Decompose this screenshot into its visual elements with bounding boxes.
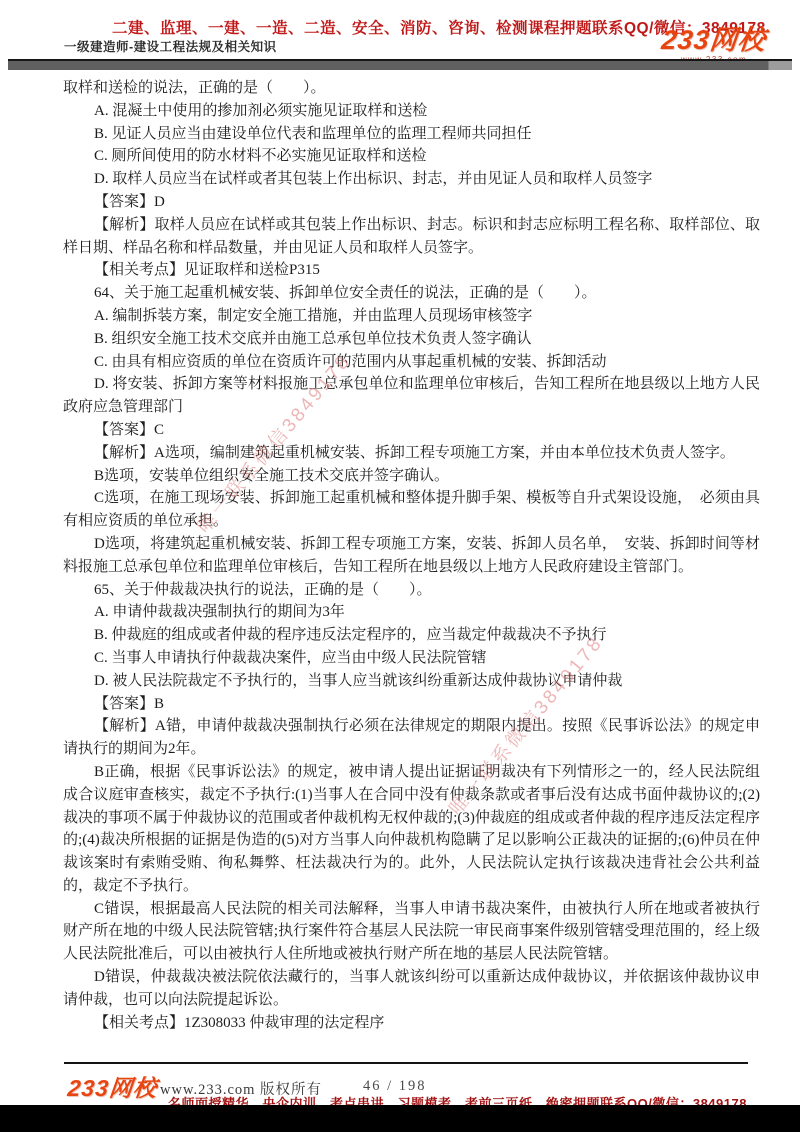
paragraph: C. 当事人申请执行仲裁裁决案件，应当由中级人民法院管辖 xyxy=(63,647,760,670)
paragraph: B. 组织安全施工技术交底并由施工总承包单位技术负责人签字确认 xyxy=(63,328,760,351)
paragraph: 【相关考点】见证取样和送检P315 xyxy=(63,259,760,282)
paragraph: 【答案】B xyxy=(63,693,760,716)
paragraph: 65、关于仲裁裁决执行的说法，正确的是（ ）。 xyxy=(63,579,760,602)
document-body: 取样和送检的说法，正确的是（ ）。A. 混凝土中使用的掺加剂必须实施见证取样和送… xyxy=(63,77,760,1034)
logo-233-icon: 233网校 xyxy=(660,18,768,57)
paragraph: B选项，安装单位组织安全施工技术交底并签字确认。 xyxy=(63,465,760,488)
page-root: { "header": { "promo_line": "二建、监理、一建、一造… xyxy=(0,0,800,1132)
paragraph: 【解析】A选项，编制建筑起重机械安装、拆卸工程专项施工方案，并由本单位技术负责人… xyxy=(63,442,760,465)
header-divider-bar xyxy=(8,59,792,70)
paragraph: D. 将安装、拆卸方案等材料报施工总承包单位和监理单位审核后，告知工程所在地县级… xyxy=(63,373,760,419)
paragraph: 取样和送检的说法，正确的是（ ）。 xyxy=(63,77,760,100)
brand-logo: 233网校 www.233.com xyxy=(662,18,766,64)
paragraph: D选项，将建筑起重机械安装、拆卸工程专项施工方案，安装、拆卸人员名单， 安装、拆… xyxy=(63,533,760,579)
paragraph: D错误，仲裁裁决被法院依法藏行的，当事人就该纠纷可以重新达成仲裁协议，并依据该仲… xyxy=(63,966,760,1012)
course-title: 一级建造师-建设工程法规及相关知识 xyxy=(64,37,277,55)
paragraph: A. 编制拆装方案，制定安全施工措施，并由监理人员现场审核签字 xyxy=(63,305,760,328)
paragraph: C. 厕所间使用的防水材料不必实施见证取样和送检 xyxy=(63,145,760,168)
bottom-black-bar xyxy=(0,1105,800,1132)
paragraph: 【答案】C xyxy=(63,419,760,442)
paragraph: B. 见证人员应当由建设单位代表和监理单位的监理工程师共同担任 xyxy=(63,123,760,146)
paragraph: B正确，根据《民事诉讼法》的规定，被申请人提出证据证明裁决有下列情形之一的，经人… xyxy=(63,761,760,898)
paragraph: D. 被人民法院裁定不予执行的，当事人应当就该纠纷重新达成仲裁协议申请仲裁 xyxy=(63,670,760,693)
paragraph: C错误，根据最高人民法院的相关司法解释，当事人申请书裁决案件，由被执行人所在地或… xyxy=(63,898,760,966)
paragraph: B. 仲裁庭的组成或者仲裁的程序违反法定程序的，应当裁定仲裁裁决不予执行 xyxy=(63,624,760,647)
header-promo-banner: 二建、监理、一建、一造、二造、安全、消防、咨询、检测课程押题联系QQ/微信：38… xyxy=(112,16,712,38)
paragraph: 【相关考点】1Z308033 仲裁审理的法定程序 xyxy=(63,1012,760,1035)
paragraph: A. 混凝土中使用的掺加剂必须实施见证取样和送检 xyxy=(63,100,760,123)
footer-logo-233-icon: 233网校 xyxy=(66,1070,159,1103)
paragraph: A. 申请仲裁裁决强制执行的期间为3年 xyxy=(63,601,760,624)
footer-divider xyxy=(64,1062,748,1064)
paragraph: 【答案】D xyxy=(63,191,760,214)
paragraph: C选项，在施工现场安装、拆卸施工起重机械和整体提升脚手架、模板等自升式架设设施，… xyxy=(63,487,760,533)
paragraph: D. 取样人员应当在试样或者其包装上作出标识、封志，并由见证人员和取样人员签字 xyxy=(63,168,760,191)
paragraph: 【解析】A错，申请仲裁裁决强制执行必须在法律规定的期限内提出。按照《民事诉讼法》… xyxy=(63,715,760,761)
paragraph: 64、关于施工起重机械安装、拆卸单位安全责任的说法，正确的是（ ）。 xyxy=(63,282,760,305)
paragraph: C. 由具有相应资质的单位在资质许可的范围内从事起重机械的安装、拆卸活动 xyxy=(63,351,760,374)
paragraph: 【解析】取样人员应在试样或其包装上作出标识、封志。标识和封志应标明工程名称、取样… xyxy=(63,214,760,260)
